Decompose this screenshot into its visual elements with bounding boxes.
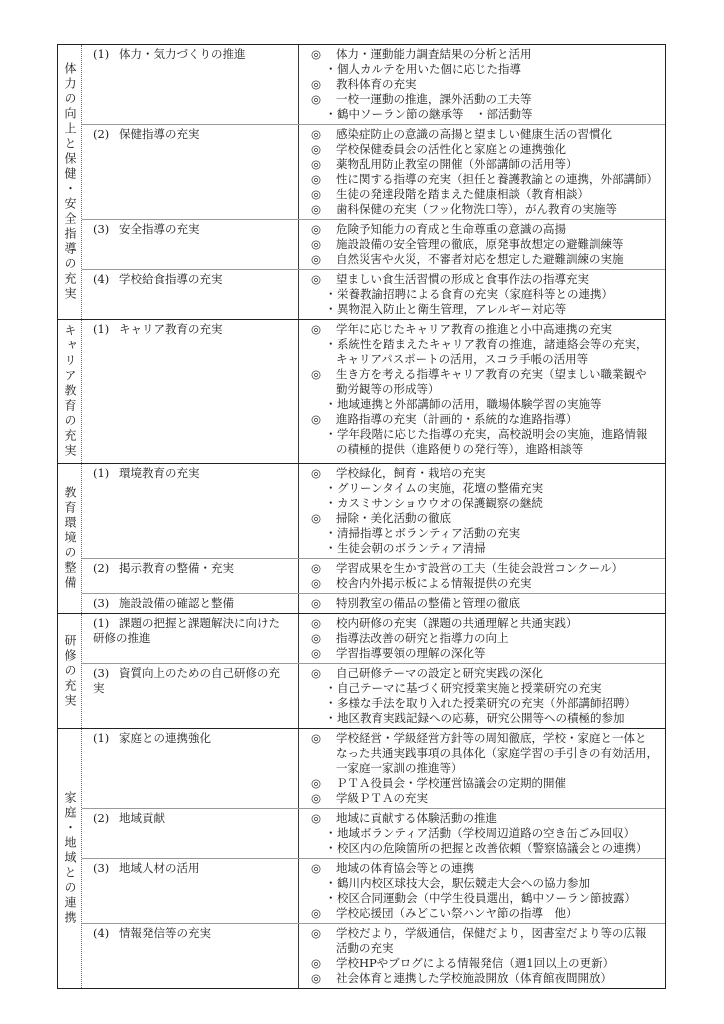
detail-text: 学校だより，学級通信，保健だより，図書室だより等の広報 (336, 926, 647, 941)
detail-text: カスミサンショウウオの保護観察の継続 (337, 496, 543, 511)
item-cell: (3)資質向上のための自己研修の充実 (82, 664, 299, 728)
section-header: キャリア教育の充実 (58, 320, 82, 463)
double-circle-bullet-icon: ◎ (311, 367, 336, 382)
dot-bullet-icon: ・ (325, 427, 337, 442)
item-title: 保健指導の充実 (119, 127, 200, 141)
detail-line: キャリアパスポートの活用，スコラ手帳の活用等 (299, 352, 663, 367)
detail-line: ・グリーンタイムの実施，花壇の整備充実 (299, 481, 663, 496)
detail-text: キャリアパスポートの活用，スコラ手帳の活用等 (336, 352, 588, 367)
detail-text: 地区教育実践記録への応募，研究公開等への積極的参加 (337, 711, 625, 726)
detail-text: 系統性を踏まえたキャリア教育の推進，諸連絡会等の充実， (337, 337, 648, 352)
detail-line: ◎学校緑化，飼育・栽培の充実 (299, 466, 663, 481)
item-cell: (1)キャリア教育の充実 (82, 320, 299, 463)
double-circle-bullet-icon: ◎ (311, 92, 336, 107)
detail-text: 自己テーマに基づく研究授業実施と授業研究の充実 (337, 681, 602, 696)
detail-line: 一家庭一家訓の推進等） (299, 761, 663, 776)
item-number: (3) (93, 596, 119, 611)
detail-line: なった共通実践事項の具体化（家庭学習の手引きの有効活用， (299, 746, 663, 761)
detail-text: 学級ＰＴＡの充実 (336, 791, 428, 806)
detail-line: ◎生徒の発達段階を踏まえた健康相談（教育相談） (299, 187, 663, 202)
detail-text: 異物混入防止と衛生管理，アレルギー対応等 (337, 302, 566, 317)
section-3: 教育環境の整備(1)環境教育の充実◎学校緑化，飼育・栽培の充実・グリーンタイムの… (58, 463, 665, 613)
detail-line: ◎指導法改善の研究と指導力の向上 (299, 631, 663, 646)
item-title: 環境教育の充実 (119, 466, 200, 480)
detail-line: ◎学習成果を生かす設営の工夫（生徒会設営コンクール） (299, 561, 663, 576)
detail-line: ◎学級ＰＴＡの充実 (299, 791, 663, 806)
details-cell: ◎地域の体育協会等との連携・鶴川内校区球技大会，駅伝競走大会への協力参加・校区合… (299, 859, 665, 923)
table-row: (1)キャリア教育の充実◎学年に応じたキャリア教育の推進と小中高連携の充実・系統… (82, 320, 665, 463)
detail-text: 鶴中ソーラン節の継承等 ・部活動等 (337, 107, 533, 122)
section-rows: (1)環境教育の充実◎学校緑化，飼育・栽培の充実・グリーンタイムの実施，花壇の整… (82, 464, 665, 613)
detail-line: ・校区内の危険箇所の把握と改善依頼（警察協議会との連携） (299, 841, 663, 856)
double-circle-bullet-icon: ◎ (311, 646, 336, 661)
details-cell: ◎学年に応じたキャリア教育の推進と小中高連携の充実・系統性を踏まえたキャリア教育… (299, 320, 665, 463)
details-cell: ◎望ましい食生活習慣の形成と食事作法の指導充実・栄養教諭招聘による食育の充実（家… (299, 270, 665, 319)
double-circle-bullet-icon: ◎ (311, 412, 336, 427)
table-row: (1)家庭との連携強化◎学校経営・学級経営方針等の周知徹底，学校・家庭と一体とな… (82, 729, 665, 808)
detail-text: 学校応援団（みどこい祭ハンヤ節の指導 他） (336, 906, 578, 921)
item-cell: (1)体力・気力づくりの推進 (82, 45, 299, 124)
details-cell: ◎学校緑化，飼育・栽培の充実・グリーンタイムの実施，花壇の整備充実・カスミサンシ… (299, 464, 665, 558)
detail-line: ◎校内研修の充実（課題の共通理解と共通実践） (299, 616, 663, 631)
section-header: 研修の充実 (58, 614, 82, 728)
detail-line: ・系統性を踏まえたキャリア教育の推進，諸連絡会等の充実， (299, 337, 663, 352)
section-header: 家庭・地域との連携 (58, 729, 82, 988)
item-title: 安全指導の充実 (119, 222, 200, 236)
dot-bullet-icon: ・ (325, 481, 337, 496)
detail-line: ◎生き方を考える指導キャリア教育の充実（望ましい職業観や (299, 367, 663, 382)
detail-text: ＰＴＡ役員会・学校運営協議会の定期的開催 (336, 776, 566, 791)
dot-bullet-icon: ・ (325, 681, 337, 696)
item-title: 学校給食指導の充実 (119, 272, 223, 286)
detail-line: ・校区合同運動会（中学生役員選出，鶴中ソーラン節披露） (299, 891, 663, 906)
dot-bullet-icon: ・ (325, 62, 337, 77)
double-circle-bullet-icon: ◎ (311, 272, 336, 287)
item-number: (2) (93, 811, 119, 826)
section-header: 体力の向上と保健・安全指導の充実 (58, 45, 82, 319)
detail-line: ◎校舎内外掲示板による情報提供の充実 (299, 576, 663, 591)
detail-line: ・地域ボランティア活動（学校周辺道路の空き缶ごみ回収） (299, 826, 663, 841)
double-circle-bullet-icon: ◎ (311, 631, 336, 646)
detail-text: 歯科保健の充実（フッ化物洗口等），がん教育の実施等 (336, 202, 617, 217)
detail-line: ・カスミサンショウウオの保護観察の継続 (299, 496, 663, 511)
item-number: (2) (93, 561, 119, 576)
detail-line: ◎地域の体育協会等との連携 (299, 861, 663, 876)
detail-text: 学校緑化，飼育・栽培の充実 (336, 466, 486, 481)
double-circle-bullet-icon: ◎ (311, 731, 336, 746)
detail-text: 個人カルテを用いた個に応じた指導 (337, 62, 521, 77)
section-rows: (1)体力・気力づくりの推進◎体力・運動能力調査結果の分析と活用・個人カルテを用… (82, 45, 665, 319)
item-cell: (3)施設設備の確認と整備 (82, 594, 299, 613)
detail-line: ◎施設設備の安全管理の徹底，原発事故想定の避難訓練等 (299, 237, 663, 252)
item-cell: (1)課題の把握と課題解決に向けた研修の推進 (82, 614, 299, 663)
detail-text: 地域連携と外部講師の活用，職場体験学習の実施等 (337, 397, 602, 412)
table-row: (2)保健指導の充実◎感染症防止の意識の高揚と望ましい健康生活の習慣化◎学校保健… (82, 124, 665, 219)
item-title: 地域貢献 (119, 811, 165, 825)
double-circle-bullet-icon: ◎ (311, 77, 336, 92)
detail-text: 鶴川内校区球技大会，駅伝競走大会への協力参加 (337, 876, 590, 891)
double-circle-bullet-icon: ◎ (311, 971, 336, 986)
dot-bullet-icon: ・ (325, 696, 337, 711)
double-circle-bullet-icon: ◎ (311, 252, 336, 267)
item-cell: (1)家庭との連携強化 (82, 729, 299, 808)
detail-line: ◎掃除・美化活動の徹底 (299, 511, 663, 526)
item-title: 施設設備の確認と整備 (119, 596, 234, 610)
detail-text: 学習成果を生かす設営の工夫（生徒会設営コンクール） (336, 561, 623, 576)
detail-line: ◎学校応援団（みどこい祭ハンヤ節の指導 他） (299, 906, 663, 921)
detail-line: ◎教科体育の充実 (299, 77, 663, 92)
detail-text: 指導法改善の研究と指導力の向上 (336, 631, 509, 646)
section-rows: (1)家庭との連携強化◎学校経営・学級経営方針等の周知徹底，学校・家庭と一体とな… (82, 729, 665, 988)
item-title: 家庭との連携強化 (119, 731, 211, 745)
table-row: (2)地域貢献◎地域に貢献する体験活動の推進・地域ボランティア活動（学校周辺道路… (82, 808, 665, 858)
detail-text: 薬物乱用防止教室の開催（外部講師の活用等） (336, 157, 578, 172)
detail-line: 勤労観等の形成等） (299, 382, 663, 397)
detail-text: 勤労観等の形成等） (336, 382, 440, 397)
detail-line: ◎進路指導の充実（計画的・系統的な進路指導） (299, 412, 663, 427)
detail-line: ◎歯科保健の充実（フッ化物洗口等），がん教育の実施等 (299, 202, 663, 217)
detail-line: ◎自己研修テーマの設定と研究実践の深化 (299, 666, 663, 681)
detail-line: ・個人カルテを用いた個に応じた指導 (299, 62, 663, 77)
detail-line: ・鶴中ソーラン節の継承等 ・部活動等 (299, 107, 663, 122)
detail-text: 学年に応じたキャリア教育の推進と小中高連携の充実 (336, 322, 612, 337)
detail-line: ◎性に関する指導の充実（担任と養護教諭との連携，外部講師） (299, 172, 663, 187)
detail-line: ・鶴川内校区球技大会，駅伝競走大会への協力参加 (299, 876, 663, 891)
item-title: 掲示教育の整備・充実 (119, 561, 234, 575)
detail-line: ◎学習指導要領の理解の深化等 (299, 646, 663, 661)
detail-line: ◎学校HPやブログによる情報発信（週1回以上の更新） (299, 956, 663, 971)
section-rows: (1)課題の把握と課題解決に向けた研修の推進◎校内研修の充実（課題の共通理解と共… (82, 614, 665, 728)
double-circle-bullet-icon: ◎ (311, 776, 336, 791)
dot-bullet-icon: ・ (325, 496, 337, 511)
dot-bullet-icon: ・ (325, 541, 337, 556)
double-circle-bullet-icon: ◎ (311, 466, 336, 481)
item-number: (3) (93, 222, 119, 237)
double-circle-bullet-icon: ◎ (311, 142, 336, 157)
item-title: キャリア教育の充実 (119, 322, 223, 336)
detail-text: 校区内の危険箇所の把握と改善依頼（警察協議会との連携） (337, 841, 648, 856)
double-circle-bullet-icon: ◎ (311, 511, 336, 526)
item-number: (1) (93, 616, 119, 631)
double-circle-bullet-icon: ◎ (311, 811, 336, 826)
dot-bullet-icon: ・ (325, 107, 337, 122)
detail-line: ◎一校一運動の推進，課外活動の工夫等 (299, 92, 663, 107)
detail-text: 校舎内外掲示板による情報提供の充実 (336, 576, 532, 591)
detail-text: グリーンタイムの実施，花壇の整備充実 (337, 481, 543, 496)
double-circle-bullet-icon: ◎ (311, 172, 336, 187)
item-title: 地域人材の活用 (119, 861, 200, 875)
detail-text: 特別教室の備品の整備と管理の徹底 (336, 596, 520, 611)
item-title: 体力・気力づくりの推進 (119, 47, 246, 61)
item-number: (1) (93, 322, 119, 337)
item-title: 資質向上のための自己研修の充実 (93, 666, 280, 695)
detail-line: ・清掃指導とボランティア活動の充実 (299, 526, 663, 541)
detail-text: 掃除・美化活動の徹底 (336, 511, 451, 526)
double-circle-bullet-icon: ◎ (311, 322, 336, 337)
detail-text: 生徒会朝のボランティア清掃 (337, 541, 486, 556)
table-row: (3)安全指導の充実◎危険予知能力の育成と生命尊重の意識の高揚◎施設設備の安全管… (82, 219, 665, 269)
detail-line: ◎危険予知能力の育成と生命尊重の意識の高揚 (299, 222, 663, 237)
double-circle-bullet-icon: ◎ (311, 237, 336, 252)
detail-line: ◎ＰＴＡ役員会・学校運営協議会の定期的開催 (299, 776, 663, 791)
detail-line: ◎特別教室の備品の整備と管理の徹底 (299, 596, 663, 611)
item-cell: (2)地域貢献 (82, 809, 299, 858)
table-row: (1)環境教育の充実◎学校緑化，飼育・栽培の充実・グリーンタイムの実施，花壇の整… (82, 464, 665, 558)
section-rows: (1)キャリア教育の充実◎学年に応じたキャリア教育の推進と小中高連携の充実・系統… (82, 320, 665, 463)
item-cell: (3)地域人材の活用 (82, 859, 299, 923)
dot-bullet-icon: ・ (325, 302, 337, 317)
detail-line: の積極的提供（進路便りの発行等），進路相談等 (299, 442, 663, 457)
dot-bullet-icon: ・ (325, 397, 337, 412)
double-circle-bullet-icon: ◎ (311, 202, 336, 217)
item-cell: (2)掲示教育の整備・充実 (82, 559, 299, 593)
detail-line: ◎学校経営・学級経営方針等の周知徹底，学校・家庭と一体と (299, 731, 663, 746)
detail-text: 地域の体育協会等との連携 (336, 861, 474, 876)
detail-line: ・地区教育実践記録への応募，研究公開等への積極的参加 (299, 711, 663, 726)
item-cell: (1)環境教育の充実 (82, 464, 299, 558)
detail-text: 自然災害や火災，不審者対応を想定した避難訓練の実施 (336, 252, 624, 267)
detail-line: ◎体力・運動能力調査結果の分析と活用 (299, 47, 663, 62)
details-cell: ◎学習成果を生かす設営の工夫（生徒会設営コンクール）◎校舎内外掲示板による情報提… (299, 559, 665, 593)
section-1: 体力の向上と保健・安全指導の充実(1)体力・気力づくりの推進◎体力・運動能力調査… (58, 45, 665, 319)
table-row: (3)施設設備の確認と整備◎特別教室の備品の整備と管理の徹底 (82, 593, 665, 613)
detail-text: 地域に貢献する体験活動の推進 (336, 811, 497, 826)
details-cell: ◎特別教室の備品の整備と管理の徹底 (299, 594, 665, 613)
double-circle-bullet-icon: ◎ (311, 956, 336, 971)
table-row: (3)地域人材の活用◎地域の体育協会等との連携・鶴川内校区球技大会，駅伝競走大会… (82, 858, 665, 923)
double-circle-bullet-icon: ◎ (311, 576, 336, 591)
detail-line: ◎社会体育と連携した学校施設開放（体育館夜間開放） (299, 971, 663, 986)
table-row: (2)掲示教育の整備・充実◎学習成果を生かす設営の工夫（生徒会設営コンクール）◎… (82, 558, 665, 593)
table-row: (1)課題の把握と課題解決に向けた研修の推進◎校内研修の充実（課題の共通理解と共… (82, 614, 665, 663)
double-circle-bullet-icon: ◎ (311, 127, 336, 142)
detail-text: 清掃指導とボランティア活動の充実 (337, 526, 520, 541)
double-circle-bullet-icon: ◎ (311, 561, 336, 576)
detail-text: 生き方を考える指導キャリア教育の充実（望ましい職業観や (336, 367, 647, 382)
item-cell: (4)情報発信等の充実 (82, 924, 299, 988)
detail-text: の積極的提供（進路便りの発行等），進路相談等 (336, 442, 583, 457)
double-circle-bullet-icon: ◎ (311, 616, 336, 631)
item-number: (2) (93, 127, 119, 142)
detail-text: 学校HPやブログによる情報発信（週1回以上の更新） (336, 956, 614, 971)
detail-text: 望ましい食生活習慣の形成と食事作法の指導充実 (336, 272, 589, 287)
section-4: 研修の充実(1)課題の把握と課題解決に向けた研修の推進◎校内研修の充実（課題の共… (58, 613, 665, 728)
detail-line: ・地域連携と外部講師の活用，職場体験学習の実施等 (299, 397, 663, 412)
detail-line: ◎学校保健委員会の活性化と家庭との連携強化 (299, 142, 663, 157)
double-circle-bullet-icon: ◎ (311, 157, 336, 172)
detail-text: 学習指導要領の理解の深化等 (336, 646, 486, 661)
detail-line: ・栄養教諭招聘による食育の充実（家庭科等との連携） (299, 287, 663, 302)
section-5: 家庭・地域との連携(1)家庭との連携強化◎学校経営・学級経営方針等の周知徹底，学… (58, 728, 665, 988)
detail-text: 社会体育と連携した学校施設開放（体育館夜間開放） (336, 971, 612, 986)
details-cell: ◎校内研修の充実（課題の共通理解と共通実践）◎指導法改善の研究と指導力の向上◎学… (299, 614, 665, 663)
section-header: 教育環境の整備 (58, 464, 82, 613)
dot-bullet-icon: ・ (325, 841, 337, 856)
item-cell: (2)保健指導の充実 (82, 125, 299, 219)
detail-line: 活動の充実 (299, 941, 663, 956)
detail-text: 校区合同運動会（中学生役員選出，鶴中ソーラン節披露） (337, 891, 636, 906)
section-2: キャリア教育の充実(1)キャリア教育の充実◎学年に応じたキャリア教育の推進と小中… (58, 319, 665, 463)
double-circle-bullet-icon: ◎ (311, 596, 336, 611)
detail-text: 感染症防止の意識の高揚と望ましい健康生活の習慣化 (336, 127, 612, 142)
item-number: (1) (93, 47, 119, 62)
details-cell: ◎体力・運動能力調査結果の分析と活用・個人カルテを用いた個に応じた指導◎教科体育… (299, 45, 665, 124)
detail-text: 性に関する指導の充実（担任と養護教諭との連携，外部講師） (336, 172, 658, 187)
dot-bullet-icon: ・ (325, 876, 337, 891)
detail-text: なった共通実践事項の具体化（家庭学習の手引きの有効活用， (336, 746, 658, 761)
details-cell: ◎自己研修テーマの設定と研究実践の深化・自己テーマに基づく研究授業実施と授業研究… (299, 664, 665, 728)
item-number: (4) (93, 272, 119, 287)
detail-line: ・学年段階に応じた指導の充実，高校説明会の実施，進路情報 (299, 427, 663, 442)
detail-line: ◎地域に貢献する体験活動の推進 (299, 811, 663, 826)
detail-text: 進路指導の充実（計画的・系統的な進路指導） (336, 412, 578, 427)
dot-bullet-icon: ・ (325, 891, 337, 906)
item-number: (1) (93, 731, 119, 746)
item-number: (3) (93, 666, 119, 681)
education-plan-table: 体力の向上と保健・安全指導の充実(1)体力・気力づくりの推進◎体力・運動能力調査… (57, 44, 666, 989)
double-circle-bullet-icon: ◎ (311, 47, 336, 62)
details-cell: ◎地域に貢献する体験活動の推進・地域ボランティア活動（学校周辺道路の空き缶ごみ回… (299, 809, 665, 858)
double-circle-bullet-icon: ◎ (311, 187, 336, 202)
detail-text: 施設設備の安全管理の徹底，原発事故想定の避難訓練等 (336, 237, 624, 252)
detail-text: 学校保健委員会の活性化と家庭との連携強化 (336, 142, 566, 157)
detail-text: 校内研修の充実（課題の共通理解と共通実践） (336, 616, 578, 631)
dot-bullet-icon: ・ (325, 711, 337, 726)
detail-text: 学年段階に応じた指導の充実，高校説明会の実施，進路情報 (337, 427, 648, 442)
detail-text: 一校一運動の推進，課外活動の工夫等 (336, 92, 532, 107)
details-cell: ◎感染症防止の意識の高揚と望ましい健康生活の習慣化◎学校保健委員会の活性化と家庭… (299, 125, 665, 219)
double-circle-bullet-icon: ◎ (311, 906, 336, 921)
details-cell: ◎学校経営・学級経営方針等の周知徹底，学校・家庭と一体となった共通実践事項の具体… (299, 729, 665, 808)
double-circle-bullet-icon: ◎ (311, 861, 336, 876)
item-cell: (3)安全指導の充実 (82, 220, 299, 269)
detail-text: 一家庭一家訓の推進等） (336, 761, 463, 776)
double-circle-bullet-icon: ◎ (311, 926, 336, 941)
item-number: (3) (93, 861, 119, 876)
table-row: (1)体力・気力づくりの推進◎体力・運動能力調査結果の分析と活用・個人カルテを用… (82, 45, 665, 124)
detail-line: ◎学年に応じたキャリア教育の推進と小中高連携の充実 (299, 322, 663, 337)
item-title: 課題の把握と課題解決に向けた研修の推進 (93, 616, 280, 645)
detail-line: ◎望ましい食生活習慣の形成と食事作法の指導充実 (299, 272, 663, 287)
double-circle-bullet-icon: ◎ (311, 666, 336, 681)
details-cell: ◎危険予知能力の育成と生命尊重の意識の高揚◎施設設備の安全管理の徹底，原発事故想… (299, 220, 665, 269)
table-row: (4)学校給食指導の充実◎望ましい食生活習慣の形成と食事作法の指導充実・栄養教諭… (82, 269, 665, 319)
detail-text: 教科体育の充実 (336, 77, 417, 92)
detail-text: 地域ボランティア活動（学校周辺道路の空き缶ごみ回収） (337, 826, 635, 841)
double-circle-bullet-icon: ◎ (311, 222, 336, 237)
detail-text: 体力・運動能力調査結果の分析と活用 (336, 47, 532, 62)
detail-line: ◎薬物乱用防止教室の開催（外部講師の活用等） (299, 157, 663, 172)
table-row: (4)情報発信等の充実◎学校だより，学級通信，保健だより，図書室だより等の広報活… (82, 923, 665, 988)
details-cell: ◎学校だより，学級通信，保健だより，図書室だより等の広報活動の充実◎学校HPやブ… (299, 924, 665, 988)
dot-bullet-icon: ・ (325, 826, 337, 841)
item-cell: (4)学校給食指導の充実 (82, 270, 299, 319)
detail-text: 生徒の発達段階を踏まえた健康相談（教育相談） (336, 187, 589, 202)
detail-line: ・生徒会朝のボランティア清掃 (299, 541, 663, 556)
dot-bullet-icon: ・ (325, 287, 337, 302)
detail-text: 自己研修テーマの設定と研究実践の深化 (336, 666, 543, 681)
double-circle-bullet-icon: ◎ (311, 791, 336, 806)
dot-bullet-icon: ・ (325, 337, 337, 352)
dot-bullet-icon: ・ (325, 526, 337, 541)
item-number: (1) (93, 466, 119, 481)
item-title: 情報発信等の充実 (119, 926, 211, 940)
detail-line: ◎自然災害や火災，不審者対応を想定した避難訓練の実施 (299, 252, 663, 267)
detail-line: ・異物混入防止と衛生管理，アレルギー対応等 (299, 302, 663, 317)
table-row: (3)資質向上のための自己研修の充実◎自己研修テーマの設定と研究実践の深化・自己… (82, 663, 665, 728)
detail-line: ◎学校だより，学級通信，保健だより，図書室だより等の広報 (299, 926, 663, 941)
detail-text: 栄養教諭招聘による食育の充実（家庭科等との連携） (337, 287, 613, 302)
detail-line: ◎感染症防止の意識の高揚と望ましい健康生活の習慣化 (299, 127, 663, 142)
detail-line: ・多様な手法を取り入れた授業研究の充実（外部講師招聘） (299, 696, 663, 711)
detail-text: 多様な手法を取り入れた授業研究の充実（外部講師招聘） (337, 696, 636, 711)
detail-text: 危険予知能力の育成と生命尊重の意識の高揚 (336, 222, 566, 237)
item-number: (4) (93, 926, 119, 941)
detail-line: ・自己テーマに基づく研究授業実施と授業研究の充実 (299, 681, 663, 696)
detail-text: 学校経営・学級経営方針等の周知徹底，学校・家庭と一体と (336, 731, 647, 746)
detail-text: 活動の充実 (336, 941, 394, 956)
